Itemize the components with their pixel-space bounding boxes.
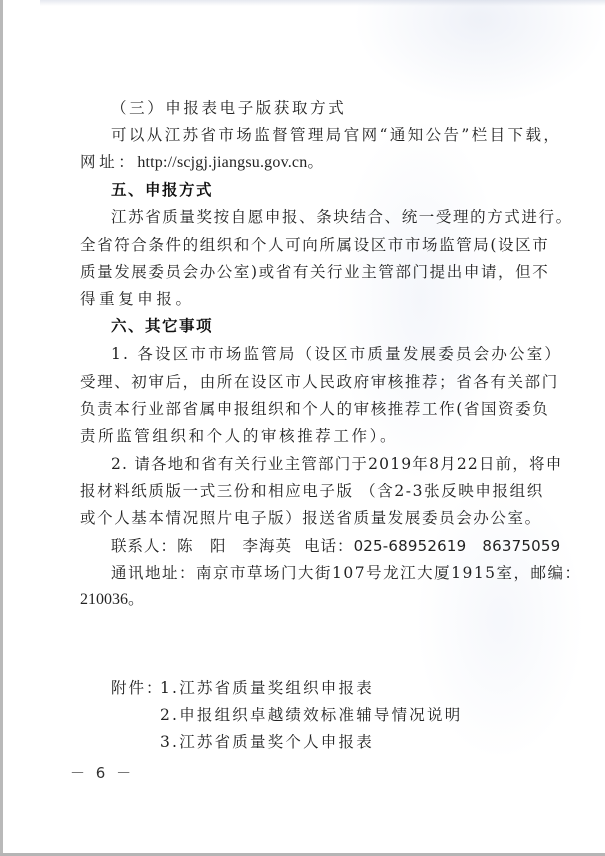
section-3-heading: （三）申报表电子版获取方式 (111, 97, 525, 119)
item-1-line-3: 负责本行业部省属申报组织和个人的审核推荐工作(省国资委负 (80, 398, 525, 420)
address-line: 通讯地址：南京市草场门大街107号龙江大厦1915室，邮编： (111, 562, 525, 584)
section-5-para-line-2: 全省符合条件的组织和个人可向所属设区市市场监管局(设区市 (80, 234, 525, 256)
item-2-line-1: 2. 请各地和省有关行业主管部门于2019年8月22日前，将申 (111, 453, 525, 475)
attachment-item-2: 2.申报组织卓越绩效标准辅导情况说明 (160, 704, 520, 726)
section-5-para-line-1: 江苏省质量奖按自愿申报、条块结合、统一受理的方式进行。 (111, 206, 525, 228)
item-1-line-2: 受理、初审后，由所在设区市人民政府审核推荐；省各有关部门 (80, 371, 525, 393)
item-2-line-2: 报材料纸质版一式三份和相应电子版 （含2-3张反映申报组织 (80, 480, 525, 502)
document-page: （三）申报表电子版获取方式 可以从江苏省市场监督管理局官网“通知公告”栏目下载，… (0, 0, 605, 856)
attachment-item-3: 3.江苏省质量奖个人申报表 (160, 731, 520, 753)
section-5-para-line-4: 得重复申报。 (80, 288, 525, 310)
item-2-line-3: 或个人基本情况照片电子版）报送省质量发展委员会办公室。 (80, 507, 525, 529)
page-number: － 6 － (70, 762, 134, 783)
url-suffix: 。 (307, 153, 326, 171)
website-url: http://scjgj.jiangsu.gov.cn (137, 154, 307, 171)
section-3-para-line-1: 可以从江苏省市场监督管理局官网“通知公告”栏目下载， (111, 124, 525, 146)
phone-number-1: 025-68952619 (354, 537, 467, 555)
item-1-line-4: 责所监管组织和个人的审核推荐工作）。 (80, 425, 525, 447)
section-3-para-line-2: 网址：http://scjgj.jiangsu.gov.cn。 (80, 151, 525, 173)
phone-label: 电话： (304, 537, 354, 555)
contact-label: 联系人： (111, 537, 177, 555)
scan-left-edge (0, 0, 3, 856)
contact-name-2: 李海英 (243, 537, 293, 555)
contact-name-1: 陈 阳 (177, 537, 227, 555)
address-label: 通讯地址： (111, 564, 196, 582)
address-value: 南京市草场门大街107号龙江大厦1915室，邮编： (196, 564, 582, 582)
phone-number-2: 86375059 (482, 537, 560, 555)
scan-top-shadow (40, 0, 605, 6)
section-6-heading: 六、其它事项 (111, 315, 525, 337)
item-1-line-1: 1. 各设区市市场监管局（设区市质量发展委员会办公室） (111, 343, 525, 365)
contact-line: 联系人：陈 阳李海英电话：025-6895261986375059 (111, 535, 525, 557)
section-5-para-line-3: 质量发展委员会办公室)或省有关行业主管部门提出申请，但不 (80, 261, 525, 283)
postcode: 210036。 (80, 589, 525, 611)
url-label: 网址： (80, 153, 137, 171)
section-5-heading: 五、申报方式 (111, 179, 525, 201)
attachment-item-1: 1.江苏省质量奖组织申报表 (160, 677, 520, 699)
